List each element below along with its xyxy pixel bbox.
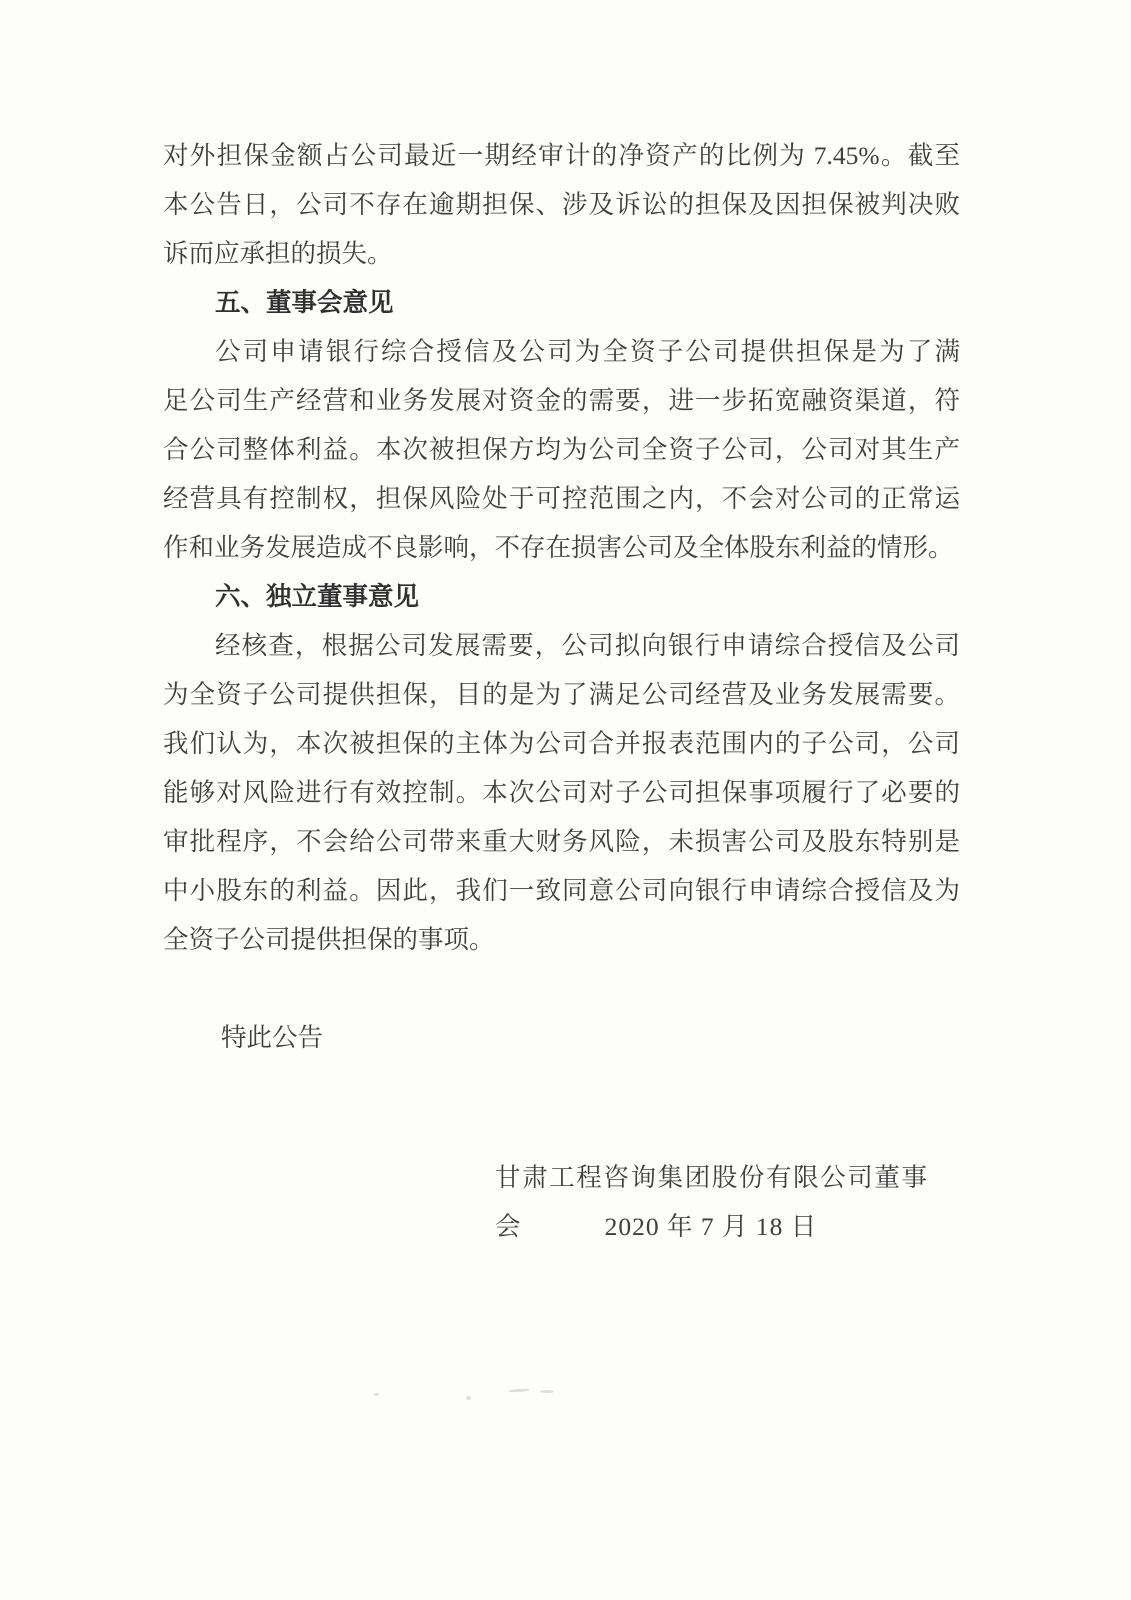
paragraph-line: 能够对风险进行有效控制。本次公司对子公司担保事项履行了必要的 xyxy=(163,768,960,817)
paragraph-line: 诉而应承担的损失。 xyxy=(163,229,960,278)
paragraph-line: 为全资子公司提供担保，目的是为了满足公司经营及业务发展需要。 xyxy=(163,670,960,719)
paragraph-line: 对外担保金额占公司最近一期经审计的净资产的比例为 7.45%。截至 xyxy=(163,131,960,180)
paragraph-line: 我们认为，本次被担保的主体为公司合并报表范围内的子公司，公司 xyxy=(163,719,960,768)
paragraph-line: 经核查，根据公司发展需要，公司拟向银行申请综合授信及公司 xyxy=(163,621,960,670)
signature-date: 2020 年 7 月 18 日 xyxy=(495,1202,927,1251)
paragraph-line: 中小股东的利益。因此，我们一致同意公司向银行申请综合授信及为 xyxy=(163,866,960,915)
document-page: 对外担保金额占公司最近一期经审计的净资产的比例为 7.45%。截至 本公告日，公… xyxy=(0,0,1131,1600)
scan-artifact xyxy=(466,1396,471,1400)
paragraph-line: 全资子公司提供担保的事项。 xyxy=(163,915,960,964)
paragraph-line: 公司申请银行综合授信及公司为全资子公司提供担保是为了满 xyxy=(163,327,960,376)
signature-company: 甘肃工程咨询集团股份有限公司董事会 xyxy=(495,1153,927,1202)
signature-block: 甘肃工程咨询集团股份有限公司董事会 2020 年 7 月 18 日 xyxy=(495,1153,927,1251)
paragraph-line: 足公司生产经营和业务发展对资金的需要，进一步拓宽融资渠道，符 xyxy=(163,376,960,425)
document-body: 对外担保金额占公司最近一期经审计的净资产的比例为 7.45%。截至 本公告日，公… xyxy=(163,131,960,1251)
paragraph-line: 合公司整体利益。本次被担保方均为公司全资子公司，公司对其生产 xyxy=(163,425,960,474)
scan-artifact xyxy=(508,1388,530,1393)
paragraph-line: 经营具有控制权，担保风险处于可控范围之内，不会对公司的正常运 xyxy=(163,474,960,523)
paragraph-line: 本公告日，公司不存在逾期担保、涉及诉讼的担保及因担保被判决败 xyxy=(163,180,960,229)
scan-artifact xyxy=(374,1393,379,1396)
paragraph-line: 审批程序，不会给公司带来重大财务风险，未损害公司及股东特别是 xyxy=(163,817,960,866)
section-heading-independent-directors-opinion: 六、独立董事意见 xyxy=(163,572,960,621)
scan-artifact xyxy=(540,1390,554,1393)
paragraph-line: 作和业务发展造成不良影响，不存在损害公司及全体股东利益的情形。 xyxy=(163,523,960,572)
closing-statement: 特此公告 xyxy=(163,1013,960,1062)
section-heading-board-opinion: 五、董事会意见 xyxy=(163,278,960,327)
